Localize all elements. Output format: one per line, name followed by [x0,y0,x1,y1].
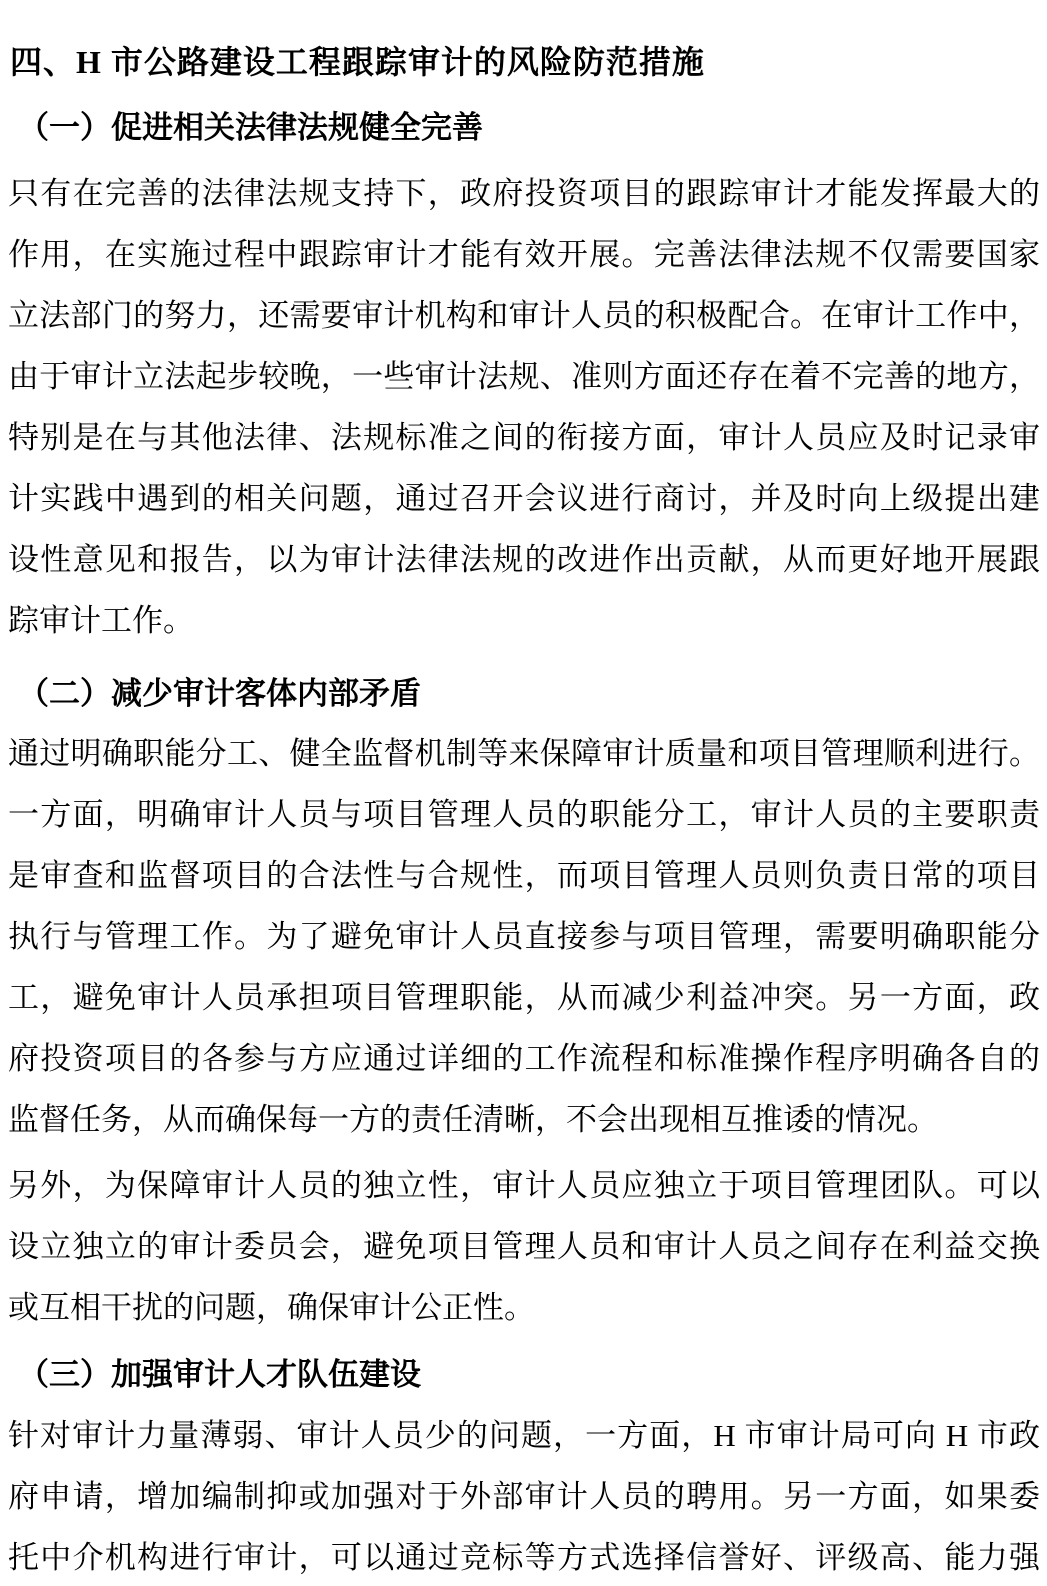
section-heading: （一）促进相关法律法规健全完善 [18,106,1040,150]
document-page: 四、H 市公路建设工程跟踪审计的风险防范措施 （一）促进相关法律法规健全完善只有… [0,0,1047,1586]
text-line: 监督任务，从而确保每一方的责任清晰，不会出现相互推诿的情况。 [8,1089,1040,1150]
document-body: （一）促进相关法律法规健全完善只有在完善的法律法规支持下，政府投资项目的跟踪审计… [8,106,1040,1586]
text-line: 或互相干扰的问题，确保审计公正性。 [8,1277,1040,1338]
paragraph: 另外，为保障审计人员的独立性，审计人员应独立于项目管理团队。可以设立独立的审计委… [8,1155,1040,1338]
text-line: 另外，为保障审计人员的独立性，审计人员应独立于项目管理团队。可以 [8,1155,1040,1216]
text-line: 托中介机构进行审计，可以通过竞标等方式选择信誉好、评级高、能力强 [8,1527,1040,1586]
text-line: 针对审计力量薄弱、审计人员少的问题，一方面，H 市审计局可向 H 市政 [8,1405,1040,1466]
text-line: 通过明确职能分工、健全监督机制等来保障审计质量和项目管理顺利进行。 [8,723,1040,784]
text-line: 工，避免审计人员承担项目管理职能，从而减少利益冲突。另一方面，政 [8,967,1040,1028]
section-heading: （三）加强审计人才队伍建设 [18,1353,1040,1397]
paragraph: 针对审计力量薄弱、审计人员少的问题，一方面，H 市审计局可向 H 市政府申请，增… [8,1405,1040,1586]
text-line: 府投资项目的各参与方应通过详细的工作流程和标准操作程序明确各自的 [8,1028,1040,1089]
text-line: 特别是在与其他法律、法规标准之间的衔接方面，审计人员应及时记录审 [8,407,1040,468]
text-line: 只有在完善的法律法规支持下，政府投资项目的跟踪审计才能发挥最大的 [8,163,1040,224]
text-line: 计实践中遇到的相关问题，通过召开会议进行商讨，并及时向上级提出建 [8,468,1040,529]
paragraph: 通过明确职能分工、健全监督机制等来保障审计质量和项目管理顺利进行。一方面，明确审… [8,723,1040,1150]
text-line: 是审查和监督项目的合法性与合规性，而项目管理人员则负责日常的项目 [8,845,1040,906]
text-line: 执行与管理工作。为了避免审计人员直接参与项目管理，需要明确职能分 [8,906,1040,967]
text-line: 设立独立的审计委员会，避免项目管理人员和审计人员之间存在利益交换 [8,1216,1040,1277]
text-line: 立法部门的努力，还需要审计机构和审计人员的积极配合。在审计工作中， [8,285,1040,346]
text-line: 由于审计立法起步较晚，一些审计法规、准则方面还存在着不完善的地方， [8,346,1040,407]
document-title: 四、H 市公路建设工程跟踪审计的风险防范措施 [10,40,1040,84]
text-line: 府申请，增加编制抑或加强对于外部审计人员的聘用。另一方面，如果委 [8,1466,1040,1527]
text-line: 一方面，明确审计人员与项目管理人员的职能分工，审计人员的主要职责 [8,784,1040,845]
section-heading: （二）减少审计客体内部矛盾 [18,672,1040,716]
text-line: 踪审计工作。 [8,590,1040,651]
text-line: 作用，在实施过程中跟踪审计才能有效开展。完善法律法规不仅需要国家 [8,224,1040,285]
text-line: 设性意见和报告，以为审计法律法规的改进作出贡献，从而更好地开展跟 [8,529,1040,590]
paragraph: 只有在完善的法律法规支持下，政府投资项目的跟踪审计才能发挥最大的作用，在实施过程… [8,163,1040,651]
